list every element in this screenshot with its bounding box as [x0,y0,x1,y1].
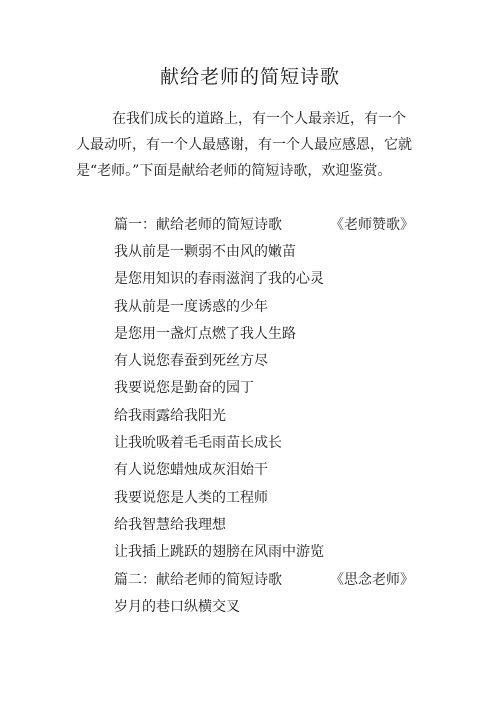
document-title: 献给老师的简短诗歌 [0,62,500,89]
poem-line-text: 是您用一盏灯点燃了我人生路 [114,323,296,343]
document-page: 献给老师的简短诗歌 在我们成长的道路上，有一个人最亲近，有一个 人最动听，有一个… [0,0,500,708]
poem-line-text: 岁月的巷口纵横交叉 [114,596,240,616]
poem-line-text: 给我雨露给我阳光 [114,405,226,425]
poem-line-text: 让我吮吸着毛毛雨苗长成长 [114,432,282,452]
poem-line-text: 是您用知识的春雨滋润了我的心灵 [114,268,324,288]
intro-line: 是“老师。”下面是献给老师的简短诗歌，欢迎鉴赏。 [76,158,416,184]
intro-line: 人最动听，有一个人最感谢，有一个人最应感恩，它就 [76,132,416,158]
poem-line-text: 我从前是一颗弱不由风的嫩苗 [114,241,296,261]
poem-line: 岁月的巷口纵横交叉 [114,592,414,619]
poem-line: 让我吮吸着毛毛雨苗长成长 [114,428,414,455]
section-heading: 篇一：献给老师的简短诗歌 《老师赞歌》 [114,210,414,237]
poem-line: 我要说您是勤奋的园丁 [114,374,414,401]
poem-line: 我从前是一颗弱不由风的嫩苗 [114,237,414,264]
poem-line: 给我雨露给我阳光 [114,401,414,428]
poem-line-text: 给我智慧给我理想 [114,514,226,534]
poem-line-text: 有人说您蜡烛成灰泪始干 [114,459,268,479]
poem-line-text: 我要说您是勤奋的园丁 [114,377,254,397]
poem-line: 我要说您是人类的工程师 [114,483,414,510]
poem-line: 给我智慧给我理想 [114,510,414,537]
section-subtitle: 《老师赞歌》 [330,214,414,234]
poem-line-text: 让我插上跳跃的翅膀在风雨中游览 [114,541,324,561]
poem-body: 篇一：献给老师的简短诗歌 《老师赞歌》 我从前是一颗弱不由风的嫩苗 是您用知识的… [114,210,414,619]
poem-line: 是您用知识的春雨滋润了我的心灵 [114,265,414,292]
section-subtitle: 《思念老师》 [330,569,414,589]
poem-line: 我从前是一度诱惑的少年 [114,292,414,319]
poem-line: 让我插上跳跃的翅膀在风雨中游览 [114,538,414,565]
poem-line: 有人说您春蚕到死丝方尽 [114,346,414,373]
section-heading-text: 篇一：献给老师的简短诗歌 [114,214,282,234]
intro-line: 在我们成长的道路上，有一个人最亲近，有一个 [76,106,416,132]
poem-line-text: 有人说您春蚕到死丝方尽 [114,350,268,370]
section-heading-text: 篇二：献给老师的简短诗歌 [114,569,282,589]
section-heading: 篇二：献给老师的简短诗歌 《思念老师》 [114,565,414,592]
poem-line: 是您用一盏灯点燃了我人生路 [114,319,414,346]
poem-line-text: 我要说您是人类的工程师 [114,487,268,507]
intro-paragraph: 在我们成长的道路上，有一个人最亲近，有一个 人最动听，有一个人最感谢，有一个人最… [76,106,416,184]
poem-line: 有人说您蜡烛成灰泪始干 [114,456,414,483]
poem-line-text: 我从前是一度诱惑的少年 [114,296,268,316]
